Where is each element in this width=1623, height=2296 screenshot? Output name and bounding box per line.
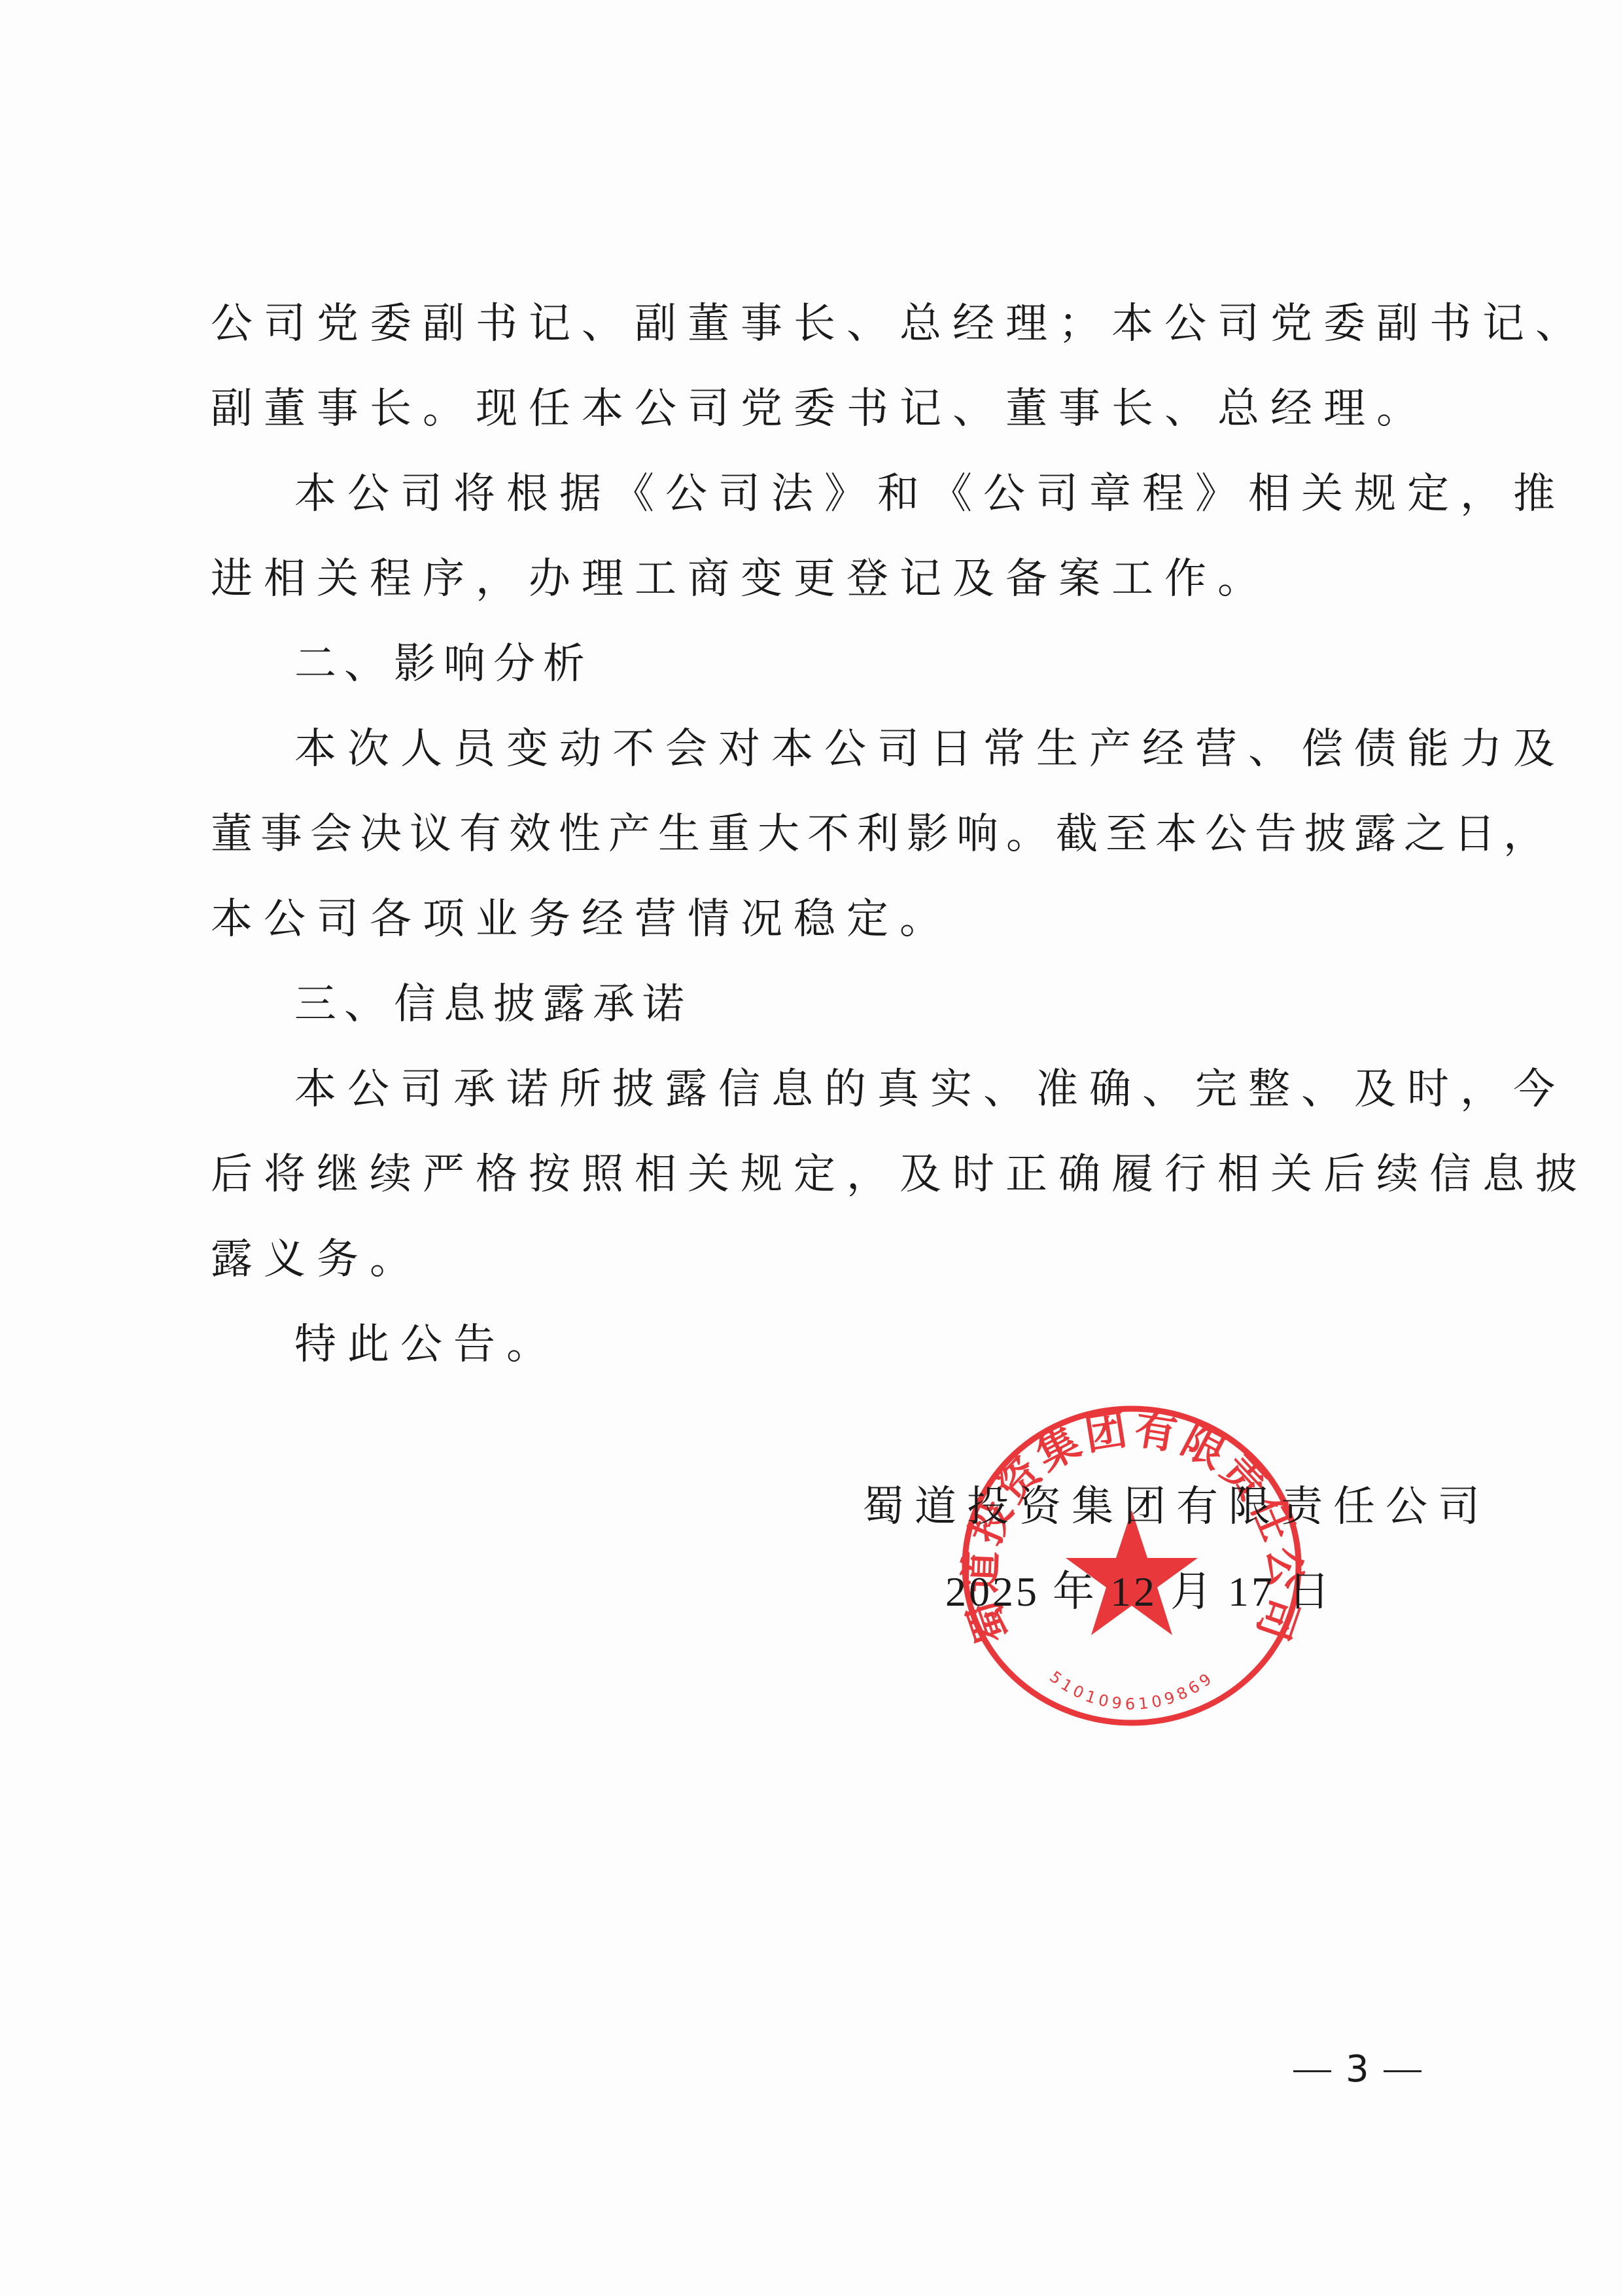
paragraph-line: 公司党委副书记、副董事长、总经理；本公司党委副书记、 xyxy=(211,281,1416,366)
svg-text:5101096109869: 5101096109869 xyxy=(1046,1668,1218,1714)
paragraph-line: 本公司将根据《公司法》和《公司章程》相关规定，推 xyxy=(294,451,1416,537)
document-page: 公司党委副书记、副董事长、总经理；本公司党委副书记、 副董事长。现任本公司党委书… xyxy=(0,0,1623,2296)
dash-left xyxy=(1293,2070,1331,2072)
paragraph-line: 副董事长。现任本公司党委书记、董事长、总经理。 xyxy=(211,366,1416,451)
signature-company: 蜀道投资集团有限责任公司 xyxy=(862,1464,1490,1549)
section-heading-impact-analysis: 二、影响分析 xyxy=(294,622,593,707)
paragraph-line: 后将继续严格按照相关规定，及时正确履行相关后续信息披 xyxy=(211,1132,1416,1217)
paragraph-line: 本次人员变动不会对本公司日常生产经营、偿债能力及 xyxy=(294,707,1416,792)
closing-statement: 特此公告。 xyxy=(294,1302,1416,1387)
paragraph-line: 进相关程序，办理工商变更登记及备案工作。 xyxy=(211,537,1416,622)
dash-right xyxy=(1384,2070,1422,2072)
paragraph-line: 本公司承诺所披露信息的真实、准确、完整、及时，今 xyxy=(294,1047,1416,1132)
page-number-value: 3 xyxy=(1346,2048,1369,2091)
paragraph-line: 露义务。 xyxy=(211,1217,1416,1302)
paragraph-line: 董事会决议有效性产生重大不利影响。截至本公告披露之日， xyxy=(211,792,1416,877)
page-number: 3 xyxy=(1279,2048,1436,2091)
section-heading-disclosure-commitment: 三、信息披露承诺 xyxy=(294,962,692,1047)
signature-date: 2025 年 12 月 17 日 xyxy=(945,1549,1333,1634)
paragraph-line: 本公司各项业务经营情况稳定。 xyxy=(211,877,1416,962)
